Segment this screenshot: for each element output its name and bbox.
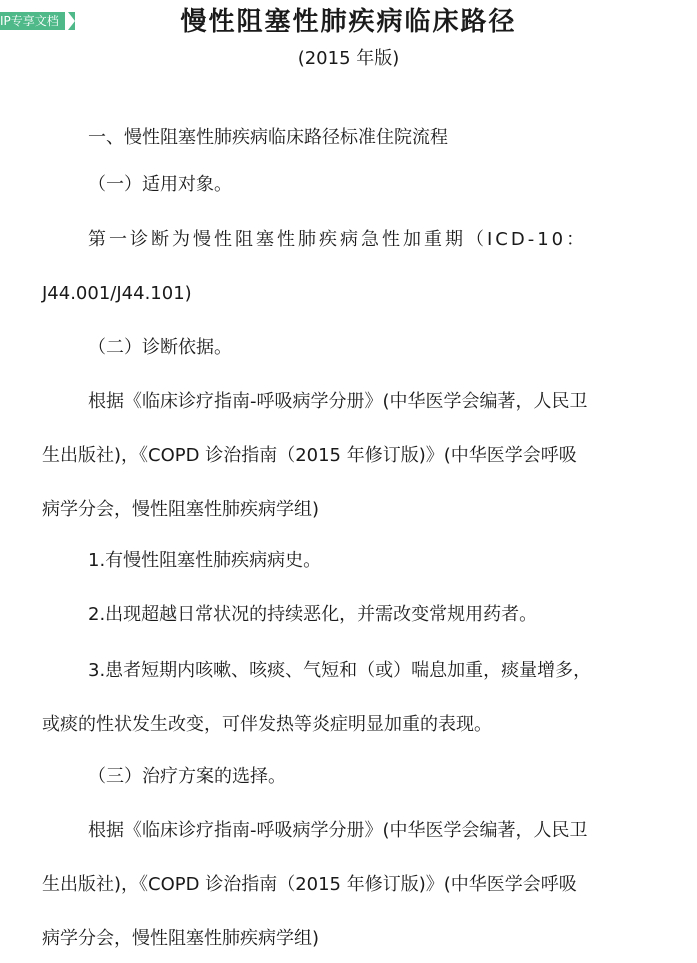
subsection-heading: （二）诊断依据。: [88, 334, 232, 362]
document-subtitle: (2015 年版): [0, 44, 697, 74]
subsection-heading: （三）治疗方案的选择。: [88, 763, 286, 791]
list-item: 2.出现超越日常状况的持续恶化，并需改变常规用药者。: [88, 601, 537, 629]
paragraph-line: J44.001/J44.101): [42, 280, 192, 308]
list-item: 1.有慢性阻塞性肺疾病病史。: [88, 547, 321, 575]
section-heading: 一、慢性阻塞性肺疾病临床路径标准住院流程: [88, 124, 448, 152]
paragraph-line: 生出版社)，《COPD 诊治指南（2015 年修订版)》(中华医学会呼吸: [42, 871, 577, 899]
subsection-heading: （一）适用对象。: [88, 171, 232, 199]
list-item: 3.患者短期内咳嗽、咳痰、气短和（或）喘息加重，痰量增多，: [88, 657, 591, 685]
document-title: 慢性阻塞性肺疾病临床路径: [0, 2, 697, 42]
paragraph-line: 病学分会，慢性阻塞性肺疾病学组): [42, 496, 319, 524]
paragraph-line: 生出版社)，《COPD 诊治指南（2015 年修订版)》(中华医学会呼吸: [42, 442, 577, 470]
paragraph-line: 根据《临床诊疗指南-呼吸病学分册》(中华医学会编著，人民卫: [88, 817, 588, 845]
paragraph-line: 第一诊断为慢性阻塞性肺疾病急性加重期（ICD-10：: [88, 226, 587, 254]
paragraph-line: 病学分会，慢性阻塞性肺疾病学组): [42, 925, 319, 953]
paragraph-line: 根据《临床诊疗指南-呼吸病学分册》(中华医学会编著，人民卫: [88, 388, 588, 416]
list-item-continuation: 或痰的性状发生改变，可伴发热等炎症明显加重的表现。: [42, 711, 492, 739]
